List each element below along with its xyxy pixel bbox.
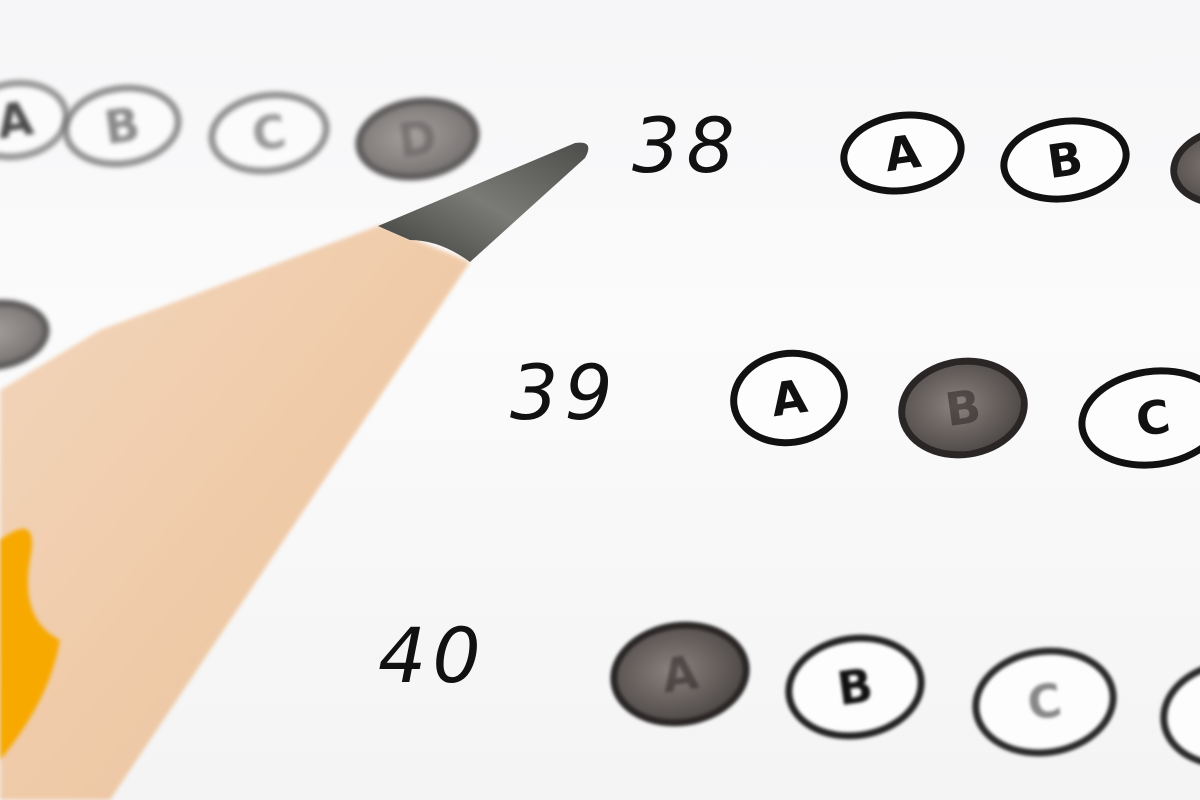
bubble-38-b: B	[995, 109, 1135, 210]
question-number-40: 40	[378, 618, 487, 694]
bubble-top-d-filled: D	[350, 90, 485, 189]
bubble-39-c: C	[1072, 358, 1200, 478]
bubble-label: C	[249, 104, 290, 162]
bubble-label: C	[1133, 389, 1174, 447]
bubble-40-partial	[1153, 651, 1200, 777]
bubble-label: C	[1024, 673, 1065, 731]
question-number-38: 38	[632, 108, 741, 184]
bubble-label: B	[834, 658, 876, 716]
bubble-label: D	[395, 110, 440, 169]
bubble-left-filled	[0, 293, 54, 378]
bubble-38-filled	[1165, 117, 1200, 215]
bubble-label: A	[768, 369, 811, 427]
bubble-top-b: B	[57, 77, 187, 175]
bubble-39-b-filled: B	[892, 349, 1035, 466]
bubble-label: D	[120, 597, 180, 663]
bubble-40-c: C	[965, 638, 1124, 765]
bubble-40-b: B	[778, 626, 931, 748]
bubble-label: A	[881, 124, 924, 182]
bubble-38-a: A	[835, 104, 970, 203]
bubble-label: A	[659, 645, 702, 703]
answer-sheet-photo: A B C D 38 A B 39 A B C D 40 A B C	[0, 0, 1200, 800]
bubble-label: A	[0, 91, 36, 149]
pencil-paint	[0, 529, 60, 760]
question-number-39: 39	[510, 355, 619, 431]
bubble-top-c: C	[203, 84, 335, 182]
bubble-label: B	[942, 379, 984, 437]
bubble-left-d: D	[73, 557, 227, 704]
bubble-label: B	[1044, 131, 1086, 189]
bubble-label: B	[101, 97, 143, 155]
bubble-39-a: A	[724, 342, 854, 453]
bubble-40-a-filled: A	[603, 613, 756, 735]
